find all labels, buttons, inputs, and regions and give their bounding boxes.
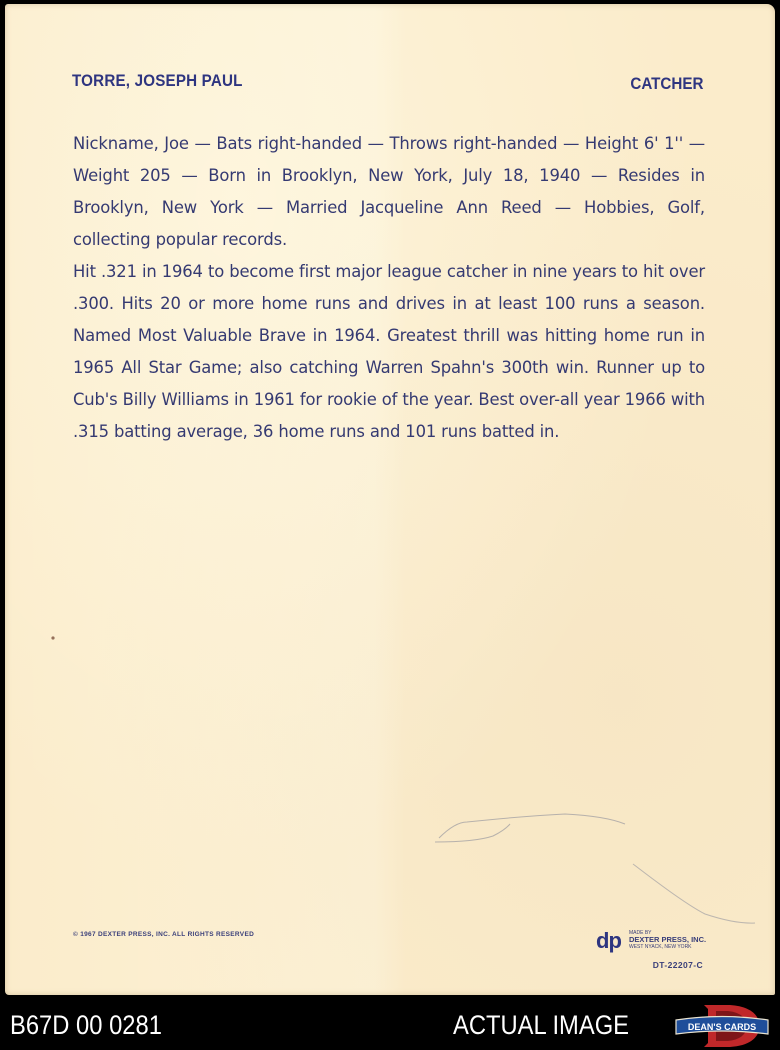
player-bio: Nickname, Joe — Bats right-handed — Thro… xyxy=(73,128,705,448)
deans-cards-logo-icon: DEAN'S CARDS xyxy=(672,1003,772,1049)
svg-text:DEAN'S CARDS: DEAN'S CARDS xyxy=(688,1022,756,1032)
player-name: TORRE, JOSEPH PAUL xyxy=(72,72,243,91)
card-back: TORRE, JOSEPH PAUL CATCHER Nickname, Joe… xyxy=(5,4,775,995)
card-code: DT-22207-C xyxy=(653,960,703,970)
bio-career: Hit .321 in 1964 to become first major l… xyxy=(73,256,705,448)
dexter-press-logo: dp xyxy=(596,928,621,954)
maker-line-2: DEXTER PRESS, INC. xyxy=(629,936,706,944)
bio-vitals: Nickname, Joe — Bats right-handed — Thro… xyxy=(73,128,705,256)
actual-image-label: ACTUAL IMAGE xyxy=(453,1010,629,1041)
maker-line-3: WEST NYACK, NEW YORK xyxy=(629,944,706,950)
copyright-notice: © 1967 DEXTER PRESS, INC. ALL RIGHTS RES… xyxy=(73,931,254,938)
inventory-id: B67D 00 0281 xyxy=(10,1010,162,1041)
player-position: CATCHER xyxy=(630,75,703,94)
